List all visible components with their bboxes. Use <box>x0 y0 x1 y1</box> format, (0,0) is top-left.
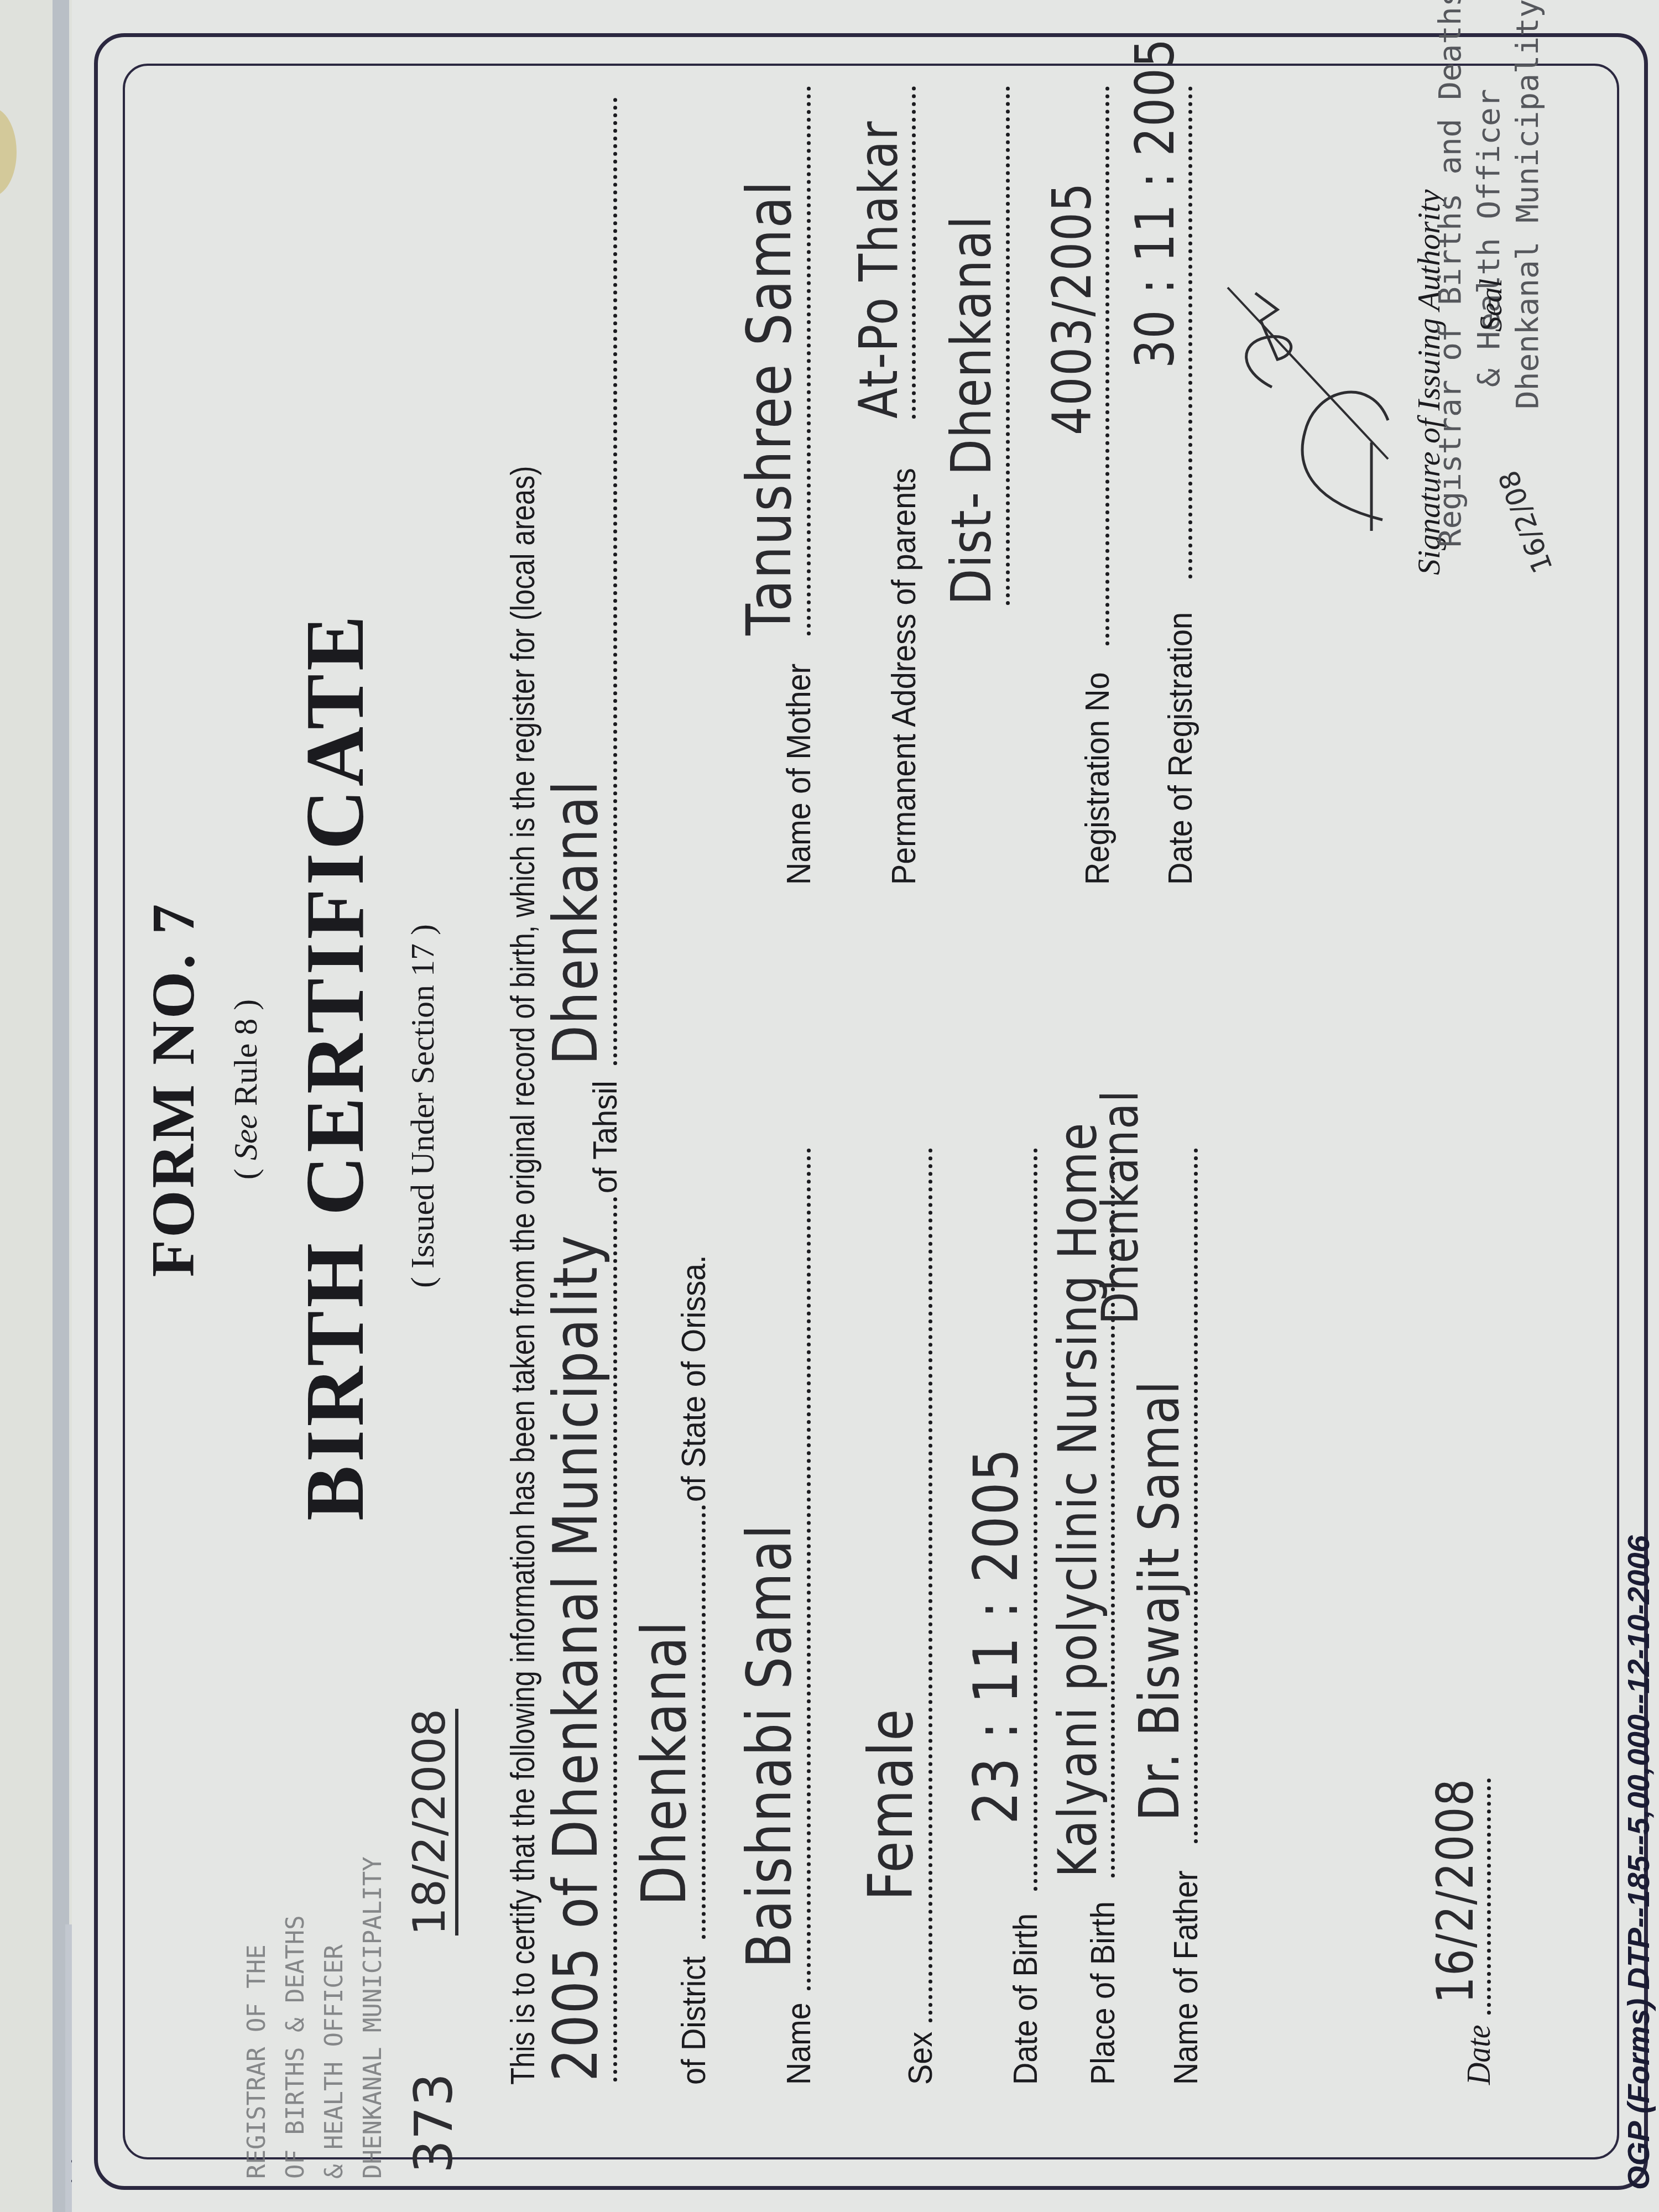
stamp-serial-number: 373 <box>404 2073 465 2173</box>
registration-no-value: 4003/2005 <box>1041 182 1103 435</box>
father-row: Name of Father Dr. Biswajit Samal <box>1139 1145 1206 2085</box>
place-of-birth-label: Place of Birth <box>1083 1901 1123 2085</box>
issue-date-label: Date <box>1459 2025 1499 2085</box>
page-edge-shadow <box>53 0 69 2212</box>
issue-date-row: Date 16/2/2008 <box>1438 1775 1499 2085</box>
district-value: Dhenkanal <box>629 1620 700 1906</box>
sex-row: Sex Female <box>874 1145 940 2085</box>
local-area-value: 2005 of Dhenkanal Municipality <box>540 1234 611 2081</box>
mother-row: Name of Mother Tanushree Samal <box>752 83 818 885</box>
father-value: Dr. Biswajit Samal <box>1127 1380 1192 1821</box>
name-row: Name Baishnabi Samal <box>752 1145 818 2085</box>
form-print-code: OGP (Forms) DTP--185--5,00,000--12-10-20… <box>1620 1535 1656 2190</box>
birth-certificate-document: REGISTRAR OF THE OF BIRTHS & DEATHS & HE… <box>72 0 1659 2212</box>
district-row: of District Dhenkanal of State of Orissa… <box>653 1228 713 2085</box>
registration-date-row: Date of Registration 30 : 11 : 2005 <box>1134 83 1200 885</box>
issued-under-section: ( Issued Under Section 17 ) <box>404 774 442 1438</box>
mother-label: Name of Mother <box>779 664 818 885</box>
father-label: Name of Father <box>1166 1870 1206 2085</box>
date-of-birth-row: Date of Birth 23 : 11 : 2005 <box>979 1145 1045 2085</box>
stamp-serial-date: 18/2/2008 <box>404 1709 458 1936</box>
address-row-2: Dist- Dhenkanal <box>951 83 1018 608</box>
tahsil-label: of Tahsil <box>586 1081 625 1193</box>
sex-label: Sex <box>901 2032 940 2085</box>
date-of-birth-label: Date of Birth <box>1006 1913 1045 2085</box>
seal-line-2: & Health Officer <box>1471 89 1507 387</box>
form-number: FORM NO. 7 <box>138 841 208 1338</box>
place-of-birth-row: Place of Birth Kalyani polyclinic Nursin… <box>1056 1145 1123 2085</box>
seal-label: Seal <box>1474 279 1509 332</box>
authority-signature <box>1206 265 1394 553</box>
registration-date-value: 30 : 11 : 2005 <box>1124 38 1186 368</box>
name-label: Name <box>779 2002 818 2085</box>
see-rule-note: ( See Rule 8 ) <box>227 841 265 1338</box>
state-label: of State of Orissa. <box>674 1255 713 1503</box>
district-label: of District <box>674 1956 713 2085</box>
name-value: Baishnabi Samal <box>734 1524 805 1968</box>
seal-line-3: Dhenkanal Municipality <box>1510 0 1546 409</box>
certificate-title: BIRTH CERTIFICATE <box>288 691 383 1521</box>
local-area-row: 2005 of Dhenkanal Municipality of Tahsil… <box>559 94 625 2085</box>
address-value: At-Po Thakar <box>848 120 910 418</box>
registration-no-row: Registration No 4003/2005 <box>1051 83 1117 885</box>
certification-statement: This is to certify that the following in… <box>503 466 542 2085</box>
address-label: Permanent Address of parents <box>884 468 924 885</box>
address-value-line2: Dist- Dhenkanal <box>939 215 1004 605</box>
address-row: Permanent Address of parents At-Po Thaka… <box>857 83 924 885</box>
seal-line-1: Registrar of Births and Deaths <box>1432 0 1468 547</box>
registration-date-label: Date of Registration <box>1161 612 1200 885</box>
sex-value: Female <box>855 1708 926 1901</box>
mother-value: Tanushree Samal <box>734 180 805 635</box>
date-of-birth-value: 23 : 11 : 2005 <box>961 1448 1031 1825</box>
tahsil-value: Dhenkanal <box>540 780 611 1065</box>
registrar-rubber-stamp: REGISTRAR OF THE OF BIRTHS & DEATHS & HE… <box>238 1856 393 2179</box>
issue-date-value: 16/2/2008 <box>1427 1778 1485 2004</box>
registration-no-label: Registration No <box>1078 672 1117 885</box>
